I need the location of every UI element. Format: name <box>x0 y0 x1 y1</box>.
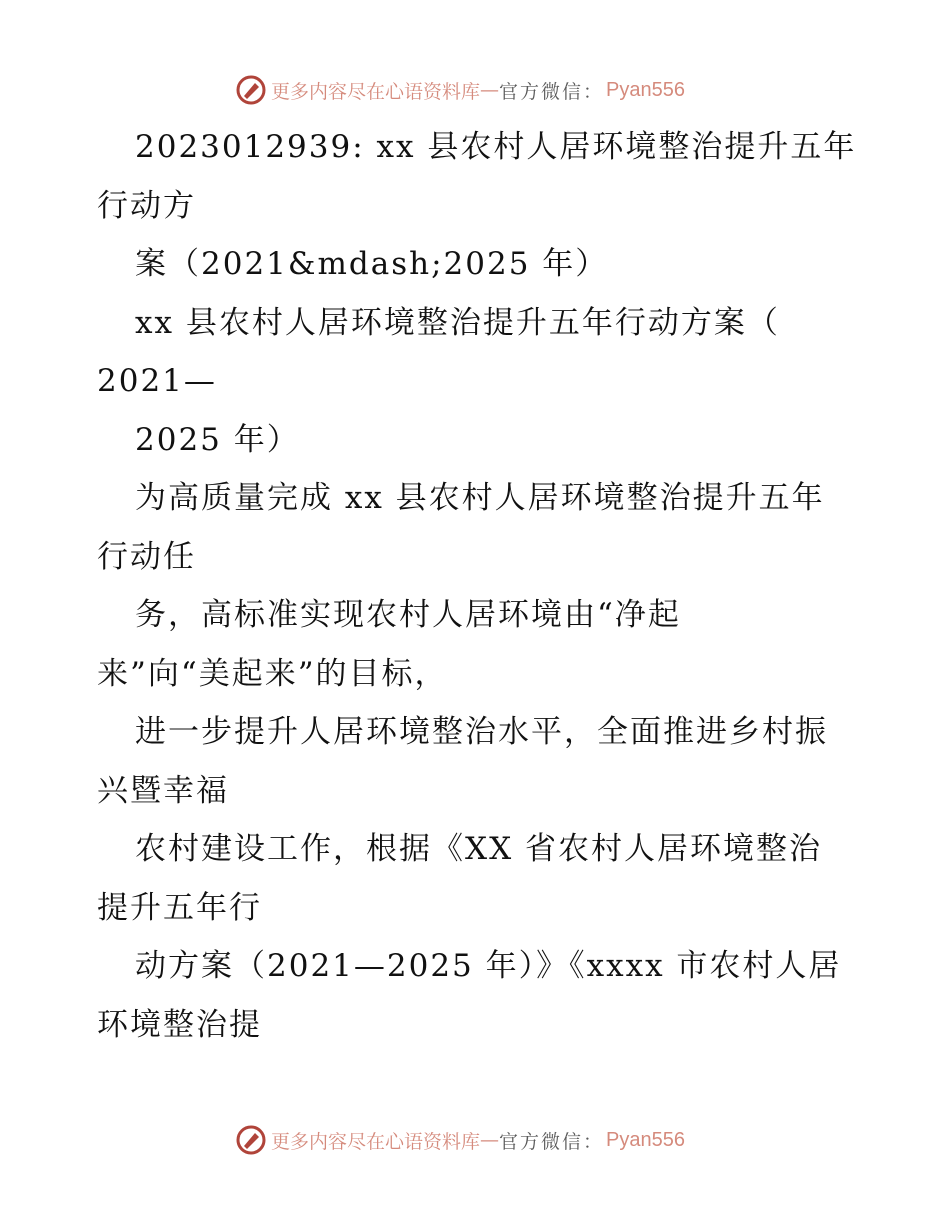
text-line: 动方案（2021—2025 年）》《xxxx 市农村人居 <box>97 937 857 996</box>
pen-nib-logo-icon <box>235 74 267 106</box>
text-line: 为高质量完成 xx 县农村人居环境整治提升五年 <box>97 469 857 528</box>
text-line: 农村建设工作，根据《XX 省农村人居环境整治 <box>97 820 857 879</box>
text-line: 进一步提升人居环境整治水平，全面推进乡村振 <box>97 703 857 762</box>
watermark-site-text: 更多内容尽在心语资料库 <box>271 77 480 104</box>
text-line: 2025 年） <box>97 411 857 470</box>
pen-nib-logo-icon <box>235 1124 267 1156</box>
text-line: 环境整治提 <box>97 996 857 1055</box>
watermark-wechat-id: Pyan556 <box>606 1129 685 1152</box>
footer-watermark: 更多内容尽在心语资料库 — 官方微信： Pyan556 <box>235 1122 685 1158</box>
text-line: 提升五年行 <box>97 879 857 938</box>
watermark-dash: — <box>480 79 499 101</box>
document-body: 2023012939: xx 县农村人居环境整治提升五年 行动方 案（2021&… <box>97 118 857 1054</box>
text-line: xx 县农村人居环境整治提升五年行动方案（ <box>97 294 857 353</box>
text-line: 务，高标准实现农村人居环境由“净起 <box>97 586 857 645</box>
watermark-wechat-label: 官方微信： <box>499 77 604 104</box>
text-line: 2023012939: xx 县农村人居环境整治提升五年 <box>97 118 857 177</box>
watermark-wechat-id: Pyan556 <box>606 79 685 102</box>
text-line: 行动任 <box>97 528 857 587</box>
watermark-wechat-label: 官方微信： <box>499 1127 604 1154</box>
watermark-dash: — <box>480 1129 499 1151</box>
text-line: 行动方 <box>97 177 857 236</box>
header-watermark: 更多内容尽在心语资料库 — 官方微信： Pyan556 <box>235 72 685 108</box>
text-line: 兴暨幸福 <box>97 762 857 821</box>
watermark-site-text: 更多内容尽在心语资料库 <box>271 1127 480 1154</box>
text-line: 案（2021&mdash;2025 年） <box>97 235 857 294</box>
text-line: 来”向“美起来”的目标， <box>97 645 857 704</box>
text-line: 2021— <box>97 352 857 411</box>
